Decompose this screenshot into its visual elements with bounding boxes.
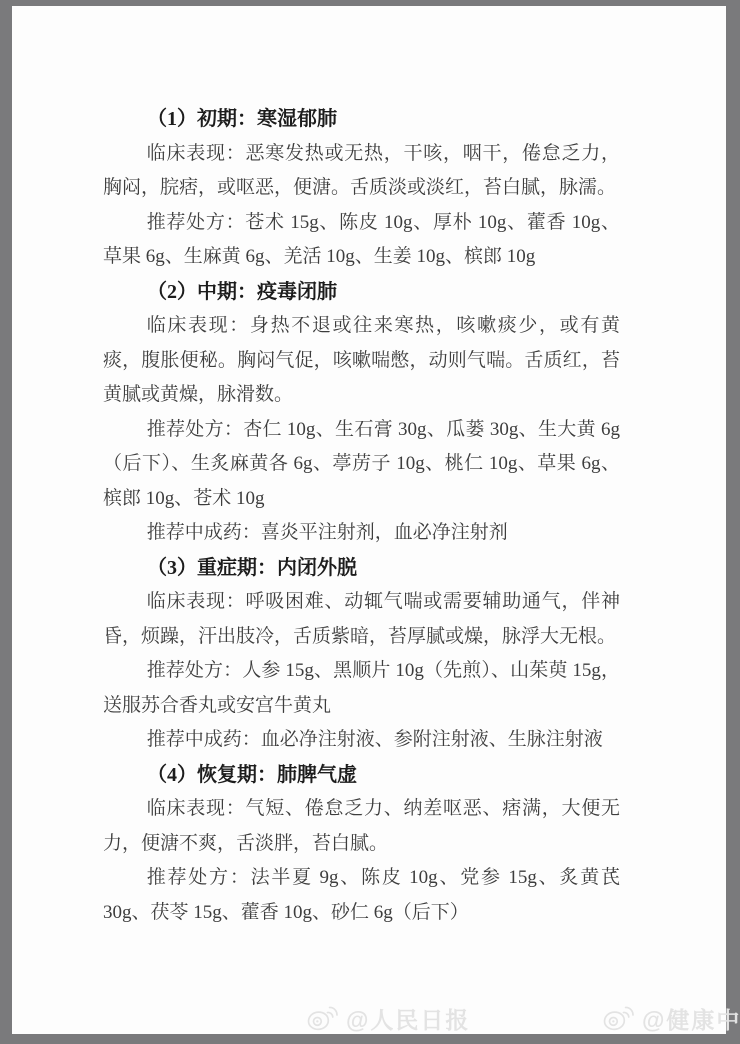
watermark-label: @人民日报 bbox=[346, 1002, 470, 1035]
section-heading: （4）恢复期：肺脾气虚 bbox=[103, 758, 620, 793]
paragraph: 推荐处方：杏仁 10g、生石膏 30g、瓜蒌 30g、生大黄 6g（后下）、生炙… bbox=[103, 413, 620, 517]
watermark-healthy-china: @健康中国 bbox=[602, 1001, 740, 1035]
watermark-label: @健康中国 bbox=[642, 1002, 740, 1035]
section-heading: （3）重症期：内闭外脱 bbox=[103, 551, 620, 586]
weibo-icon bbox=[602, 1004, 634, 1032]
paragraph: 临床表现：气短、倦怠乏力、纳差呕恶、痞满，大便无力，便溏不爽，舌淡胖，苔白腻。 bbox=[103, 792, 620, 861]
paragraph: 推荐中成药：血必净注射液、参附注射液、生脉注射液 bbox=[103, 723, 620, 758]
paragraph: 推荐中成药：喜炎平注射剂，血必净注射剂 bbox=[103, 516, 620, 551]
paragraph: 推荐处方：苍术 15g、陈皮 10g、厚朴 10g、藿香 10g、草果 6g、生… bbox=[103, 206, 620, 275]
section-heading: （1）初期：寒湿郁肺 bbox=[103, 102, 620, 137]
paragraph: 临床表现：身热不退或往来寒热，咳嗽痰少，或有黄痰，腹胀便秘。胸闷气促，咳嗽喘憋，… bbox=[103, 309, 620, 413]
paragraph: 临床表现：呼吸困难、动辄气喘或需要辅助通气，伴神昏，烦躁，汗出肢冷，舌质紫暗，苔… bbox=[103, 585, 620, 654]
weibo-icon bbox=[306, 1004, 338, 1032]
document-page: （1）初期：寒湿郁肺临床表现：恶寒发热或无热，干咳，咽干，倦怠乏力，胸闷，脘痞，… bbox=[12, 6, 726, 1034]
document-body: （1）初期：寒湿郁肺临床表现：恶寒发热或无热，干咳，咽干，倦怠乏力，胸闷，脘痞，… bbox=[12, 6, 726, 930]
paragraph: 临床表现：恶寒发热或无热，干咳，咽干，倦怠乏力，胸闷，脘痞，或呕恶，便溏。舌质淡… bbox=[103, 137, 620, 206]
section-heading: （2）中期：疫毒闭肺 bbox=[103, 275, 620, 310]
paragraph: 推荐处方：法半夏 9g、陈皮 10g、党参 15g、炙黄芪 30g、茯苓 15g… bbox=[103, 861, 620, 930]
paragraph: 推荐处方：人参 15g、黑顺片 10g（先煎）、山茱萸 15g，送服苏合香丸或安… bbox=[103, 654, 620, 723]
watermark-people-daily: @人民日报 bbox=[306, 1001, 470, 1035]
